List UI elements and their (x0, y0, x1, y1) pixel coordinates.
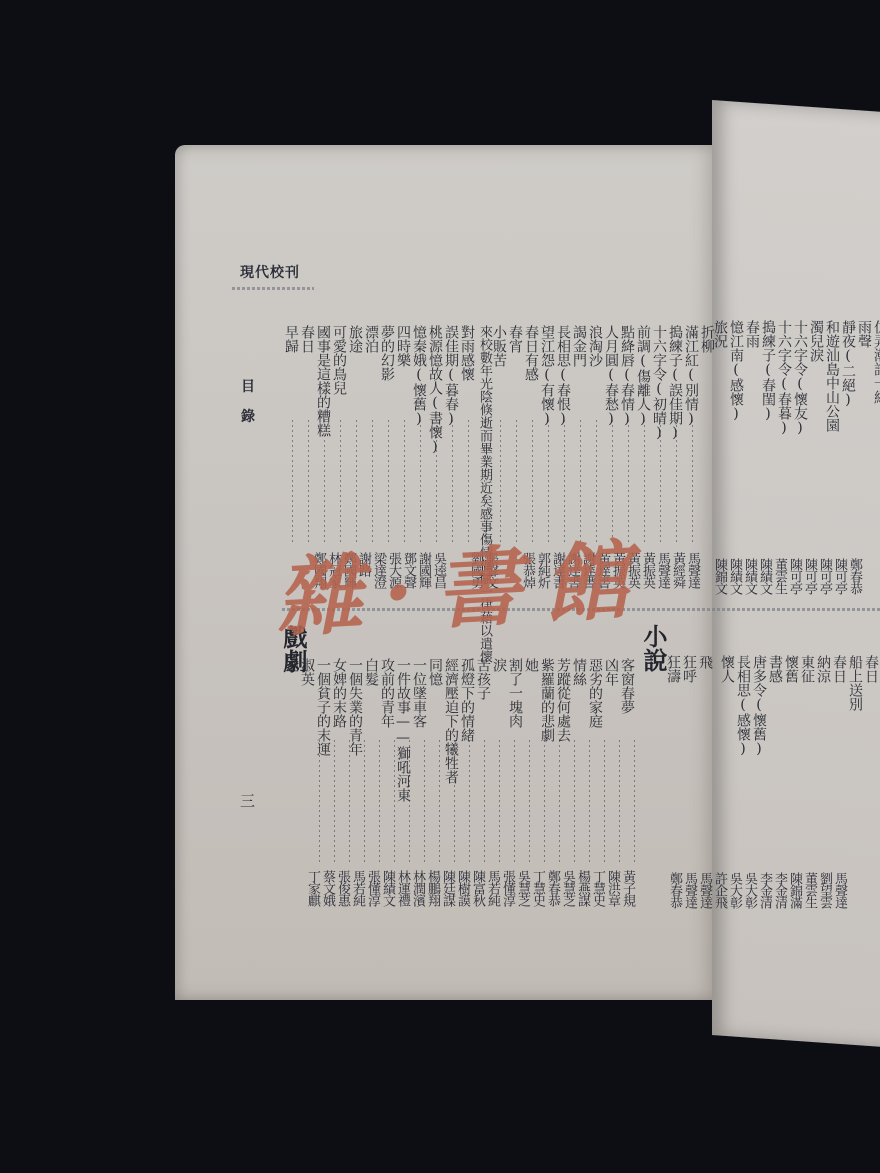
toc-entry[interactable]: 唐多令(懷舊) (751, 655, 767, 757)
author-name: 陳績文 (742, 558, 757, 594)
author-name: 馬聲達 (685, 552, 700, 588)
toc-entry[interactable]: 憶江南(感懷) (728, 320, 744, 436)
author-name: 董雲生 (772, 558, 787, 594)
author-name: 張俊惠 (335, 870, 350, 906)
author-name: 楊鵬翔 (425, 870, 440, 906)
novel-heading-char: 說 (639, 648, 668, 672)
page-number: 三 (240, 790, 255, 811)
author-name: 林運禮 (395, 870, 410, 906)
dotted-leaders (312, 740, 637, 865)
author-name: 李金清 (772, 872, 787, 908)
toc-label-2: 錄 (241, 406, 255, 426)
toc-entry[interactable]: 濁兒淚 (808, 320, 824, 436)
author-name: 許企飛 (712, 872, 727, 908)
author-name: 馬聲達 (832, 872, 847, 908)
author-name: 吳大彰 (742, 872, 757, 908)
author-name: 馬聲達 (697, 872, 712, 908)
toc-entry[interactable]: 十六字令(春暮) (776, 320, 792, 436)
toc-entry[interactable]: 狂呼 (681, 655, 697, 757)
author-name: 陳可亭 (832, 558, 847, 594)
author-name: 劉望雲 (817, 872, 832, 908)
toc-entry[interactable]: 旅況 (712, 320, 728, 436)
author-name: 楊燕謀 (575, 870, 590, 906)
author-name: 馬若純 (485, 870, 500, 906)
author-name: 馬若純 (350, 870, 365, 906)
author-name: 陳廷謀 (440, 870, 455, 906)
author-name: 陳績文 (380, 870, 395, 906)
author-name: 林潤濱 (410, 870, 425, 906)
toc-entry[interactable]: 東征 (799, 655, 815, 757)
author-name: 吳慧芝 (515, 870, 530, 906)
right-page-top-authors: 陳錦文 陳績文 陳績文 陳績文 董雲生 陳可亭 陳可亭 陳可亭 陳可亭 鄭春恭 (712, 558, 862, 594)
toc-entry[interactable]: 靜夜(二絕) (840, 320, 856, 436)
author-name: 吳大彰 (727, 872, 742, 908)
toc-entry[interactable]: 懷舊 (783, 655, 799, 757)
author-name: 陳錦文 (712, 558, 727, 594)
author-name: 陳洪章 (605, 870, 620, 906)
author-name: 丁家麒 (305, 870, 320, 906)
author-name: 馬聲達 (682, 872, 697, 908)
toc-entry[interactable]: 長相思(感懷) (735, 655, 751, 757)
author-name: 鄭春恭 (667, 872, 682, 908)
author-name: 黃子規 (620, 870, 635, 906)
author-name: 陳可亭 (817, 558, 832, 594)
toc-entry[interactable]: 春雨 (744, 320, 760, 436)
toc-entry[interactable]: 飛 (697, 655, 713, 757)
toc-entry[interactable]: 狂濤 (665, 655, 681, 757)
author-name: 吳慧芝 (560, 870, 575, 906)
author-name: 馬聲達 (655, 552, 670, 588)
toc-entry[interactable]: 仿弄潮詞一絕 (872, 320, 880, 436)
journal-title: 現代校刊 (240, 262, 300, 282)
author-name: 陳富秋 (470, 870, 485, 906)
author-name: 陳績文 (727, 558, 742, 594)
toc-entry[interactable]: 納涼 (815, 655, 831, 757)
author-name: 丁慧史 (530, 870, 545, 906)
toc-entry[interactable]: 她 (283, 658, 299, 802)
right-page-bottom-titles: 狂濤 狂呼 飛 懷人 長相思(感懷) 唐多令(懷舊) 書感 懷舊 東征 納涼 春… (665, 655, 879, 757)
toc-label-1: 目 (241, 376, 255, 396)
author-name: 李金清 (757, 872, 772, 908)
author-name: 鄭春恭 (847, 558, 862, 594)
toc-entry[interactable]: 雨聲 (856, 320, 872, 436)
toc-entry[interactable]: 春日 (863, 655, 879, 757)
header-divider (232, 287, 314, 290)
author-name: 陳錦滿 (787, 872, 802, 908)
toc-entry[interactable]: 船上送別 (847, 655, 863, 757)
toc-entry[interactable]: 書感 (767, 655, 783, 757)
author-name: 陳樹謨 (455, 870, 470, 906)
author-name: 張懂淳 (365, 870, 380, 906)
right-page-bottom-authors: 鄭春恭 馬聲達 馬聲達 許企飛 吳大彰 吳大彰 李金清 李金清 陳錦滿 董雲生 … (667, 872, 847, 908)
novel-authors: 黃子規 陳洪章 丁慧史 楊燕謀 吳慧芝 鄭春恭 丁慧史 吳慧芝 張懂淳 馬若純 … (305, 870, 635, 906)
author-name: 黃經舜 (670, 552, 685, 588)
author-name: 鄭春恭 (545, 870, 560, 906)
author-name: 陳可亭 (787, 558, 802, 594)
toc-entry[interactable]: 和遊汕島中山公園 (824, 320, 840, 436)
right-page-top-titles: 仿弄潮詞一絕 雨聲 靜夜(二絕) 和遊汕島中山公園 濁兒淚 十六字令(懷友) 十… (712, 320, 880, 436)
watermark-logo: 雜·書館 (272, 510, 654, 654)
toc-entry[interactable]: 懷人 (719, 655, 735, 757)
author-name: 蔡文娥 (320, 870, 335, 906)
toc-entry[interactable]: 搗練子(春閨) (760, 320, 776, 436)
author-name: 張懂淳 (500, 870, 515, 906)
author-name: 陳可亭 (802, 558, 817, 594)
author-name: 陳績文 (757, 558, 772, 594)
author-name: 董雲生 (802, 872, 817, 908)
author-name: 丁慧史 (590, 870, 605, 906)
toc-entry[interactable]: 十六字令(懷友) (792, 320, 808, 436)
toc-entry[interactable]: 春日 (831, 655, 847, 757)
